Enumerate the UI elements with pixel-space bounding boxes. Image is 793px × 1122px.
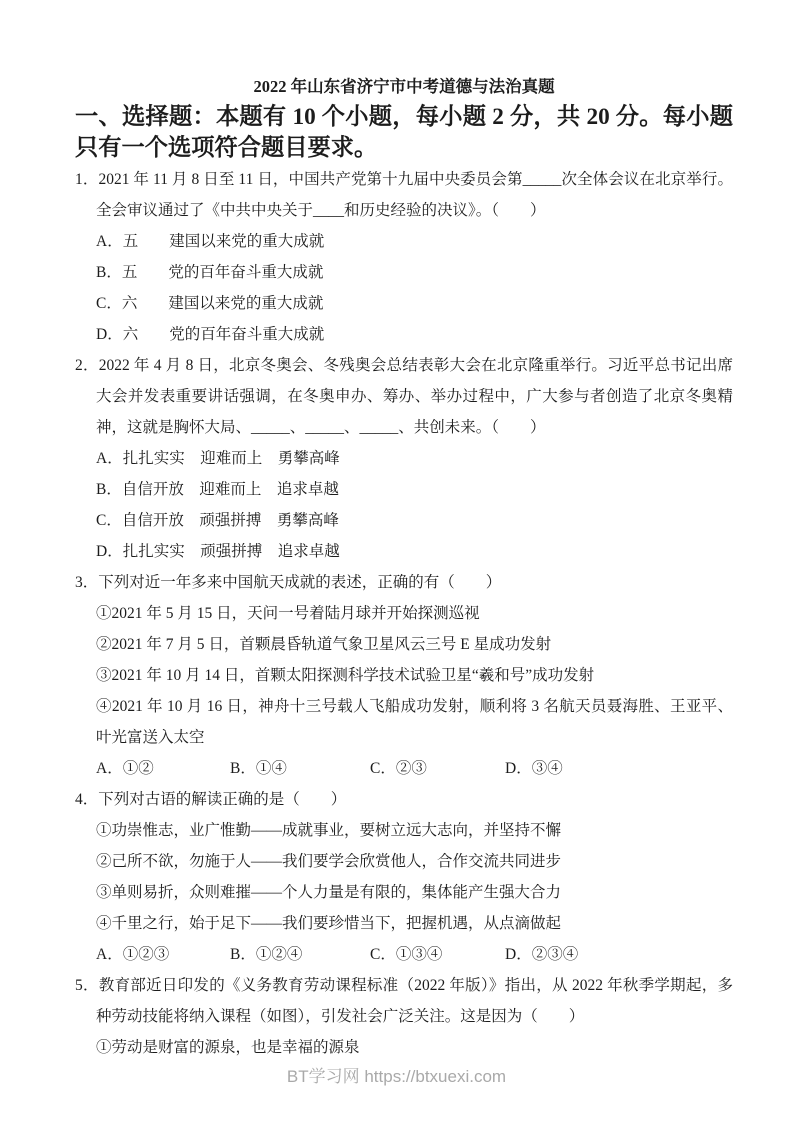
question-2-option-b: B．自信开放 迎难而上 追求卓越 (75, 474, 733, 505)
question-1-option-c: C．六 建国以来党的重大成就 (75, 288, 733, 319)
question-2-option-a: A．扎扎实实 迎难而上 勇攀高峰 (75, 443, 733, 474)
question-3-item-2: ②2021 年 7 月 5 日，首颗晨昏轨道气象卫星风云三号 E 星成功发射 (75, 629, 733, 660)
question-1-option-b: B．五 党的百年奋斗重大成就 (75, 257, 733, 288)
question-3-item-3: ③2021 年 10 月 14 日，首颗太阳探测科学技术试验卫星“羲和号”成功发… (75, 660, 733, 691)
question-4-option-c: C．①③④ (370, 939, 505, 970)
question-1-stem: 1．2021 年 11 月 8 日至 11 日，中国共产党第十九届中央委员会第_… (75, 164, 733, 226)
question-1: 1．2021 年 11 月 8 日至 11 日，中国共产党第十九届中央委员会第_… (75, 164, 733, 350)
question-4-stem: 4．下列对古语的解读正确的是（ ） (75, 784, 733, 815)
question-2-option-c: C．自信开放 顽强拼搏 勇攀高峰 (75, 505, 733, 536)
question-4-item-3: ③单则易折，众则难摧——个人力量是有限的，集体能产生强大合力 (75, 877, 733, 908)
question-3-option-a: A．①② (96, 753, 230, 784)
question-3-item-4: ④2021 年 10 月 16 日，神舟十三号载人飞船成功发射，顺利将 3 名航… (75, 691, 733, 753)
question-4-option-b: B．①②④ (230, 939, 370, 970)
question-2-option-d: D．扎扎实实 顽强拼搏 追求卓越 (75, 536, 733, 567)
question-3-stem: 3．下列对近一年多来中国航天成就的表述，正确的有（ ） (75, 567, 733, 598)
question-4-item-2: ②己所不欲，勿施于人——我们要学会欣赏他人，合作交流共同进步 (75, 846, 733, 877)
question-4-item-1: ①功崇惟志，业广惟勤——成就事业，要树立远大志向，并坚持不懈 (75, 815, 733, 846)
question-3-item-1: ①2021 年 5 月 15 日，天问一号着陆月球并开始探测巡视 (75, 598, 733, 629)
question-3-option-row: A．①② B．①④ C．②③ D．③④ (75, 753, 733, 784)
exam-document-page: 2022 年山东省济宁市中考道德与法治真题 一、选择题：本题有 10 个小题，每… (0, 0, 793, 1122)
watermark-footer: BT学习网 https://btxuexi.com (0, 1064, 793, 1090)
question-2-stem: 2．2022 年 4 月 8 日，北京冬奥会、冬残奥会总结表彰大会在北京隆重举行… (75, 350, 733, 443)
question-1-option-a: A．五 建国以来党的重大成就 (75, 226, 733, 257)
question-2: 2．2022 年 4 月 8 日，北京冬奥会、冬残奥会总结表彰大会在北京隆重举行… (75, 350, 733, 567)
question-3: 3．下列对近一年多来中国航天成就的表述，正确的有（ ） ①2021 年 5 月 … (75, 567, 733, 784)
question-4: 4．下列对古语的解读正确的是（ ） ①功崇惟志，业广惟勤——成就事业，要树立远大… (75, 784, 733, 970)
question-3-option-b: B．①④ (230, 753, 370, 784)
question-5-item-1: ①劳动是财富的源泉，也是幸福的源泉 (75, 1032, 733, 1063)
document-content: 2022 年山东省济宁市中考道德与法治真题 一、选择题：本题有 10 个小题，每… (75, 71, 733, 1063)
question-3-option-c: C．②③ (370, 753, 505, 784)
question-5: 5．教育部近日印发的《义务教育劳动课程标准（2022 年版）》指出，从 2022… (75, 970, 733, 1063)
question-4-option-a: A．①②③ (96, 939, 230, 970)
question-3-option-d: D．③④ (505, 753, 733, 784)
question-4-option-d: D．②③④ (505, 939, 733, 970)
question-5-stem: 5．教育部近日印发的《义务教育劳动课程标准（2022 年版）》指出，从 2022… (75, 970, 733, 1032)
question-4-option-row: A．①②③ B．①②④ C．①③④ D．②③④ (75, 939, 733, 970)
question-1-option-d: D．六 党的百年奋斗重大成就 (75, 319, 733, 350)
section-header: 一、选择题：本题有 10 个小题，每小题 2 分，共 20 分。每小题只有一个选… (75, 102, 733, 164)
page-title: 2022 年山东省济宁市中考道德与法治真题 (75, 71, 733, 102)
question-4-item-4: ④千里之行，始于足下——我们要珍惜当下，把握机遇，从点滴做起 (75, 908, 733, 939)
